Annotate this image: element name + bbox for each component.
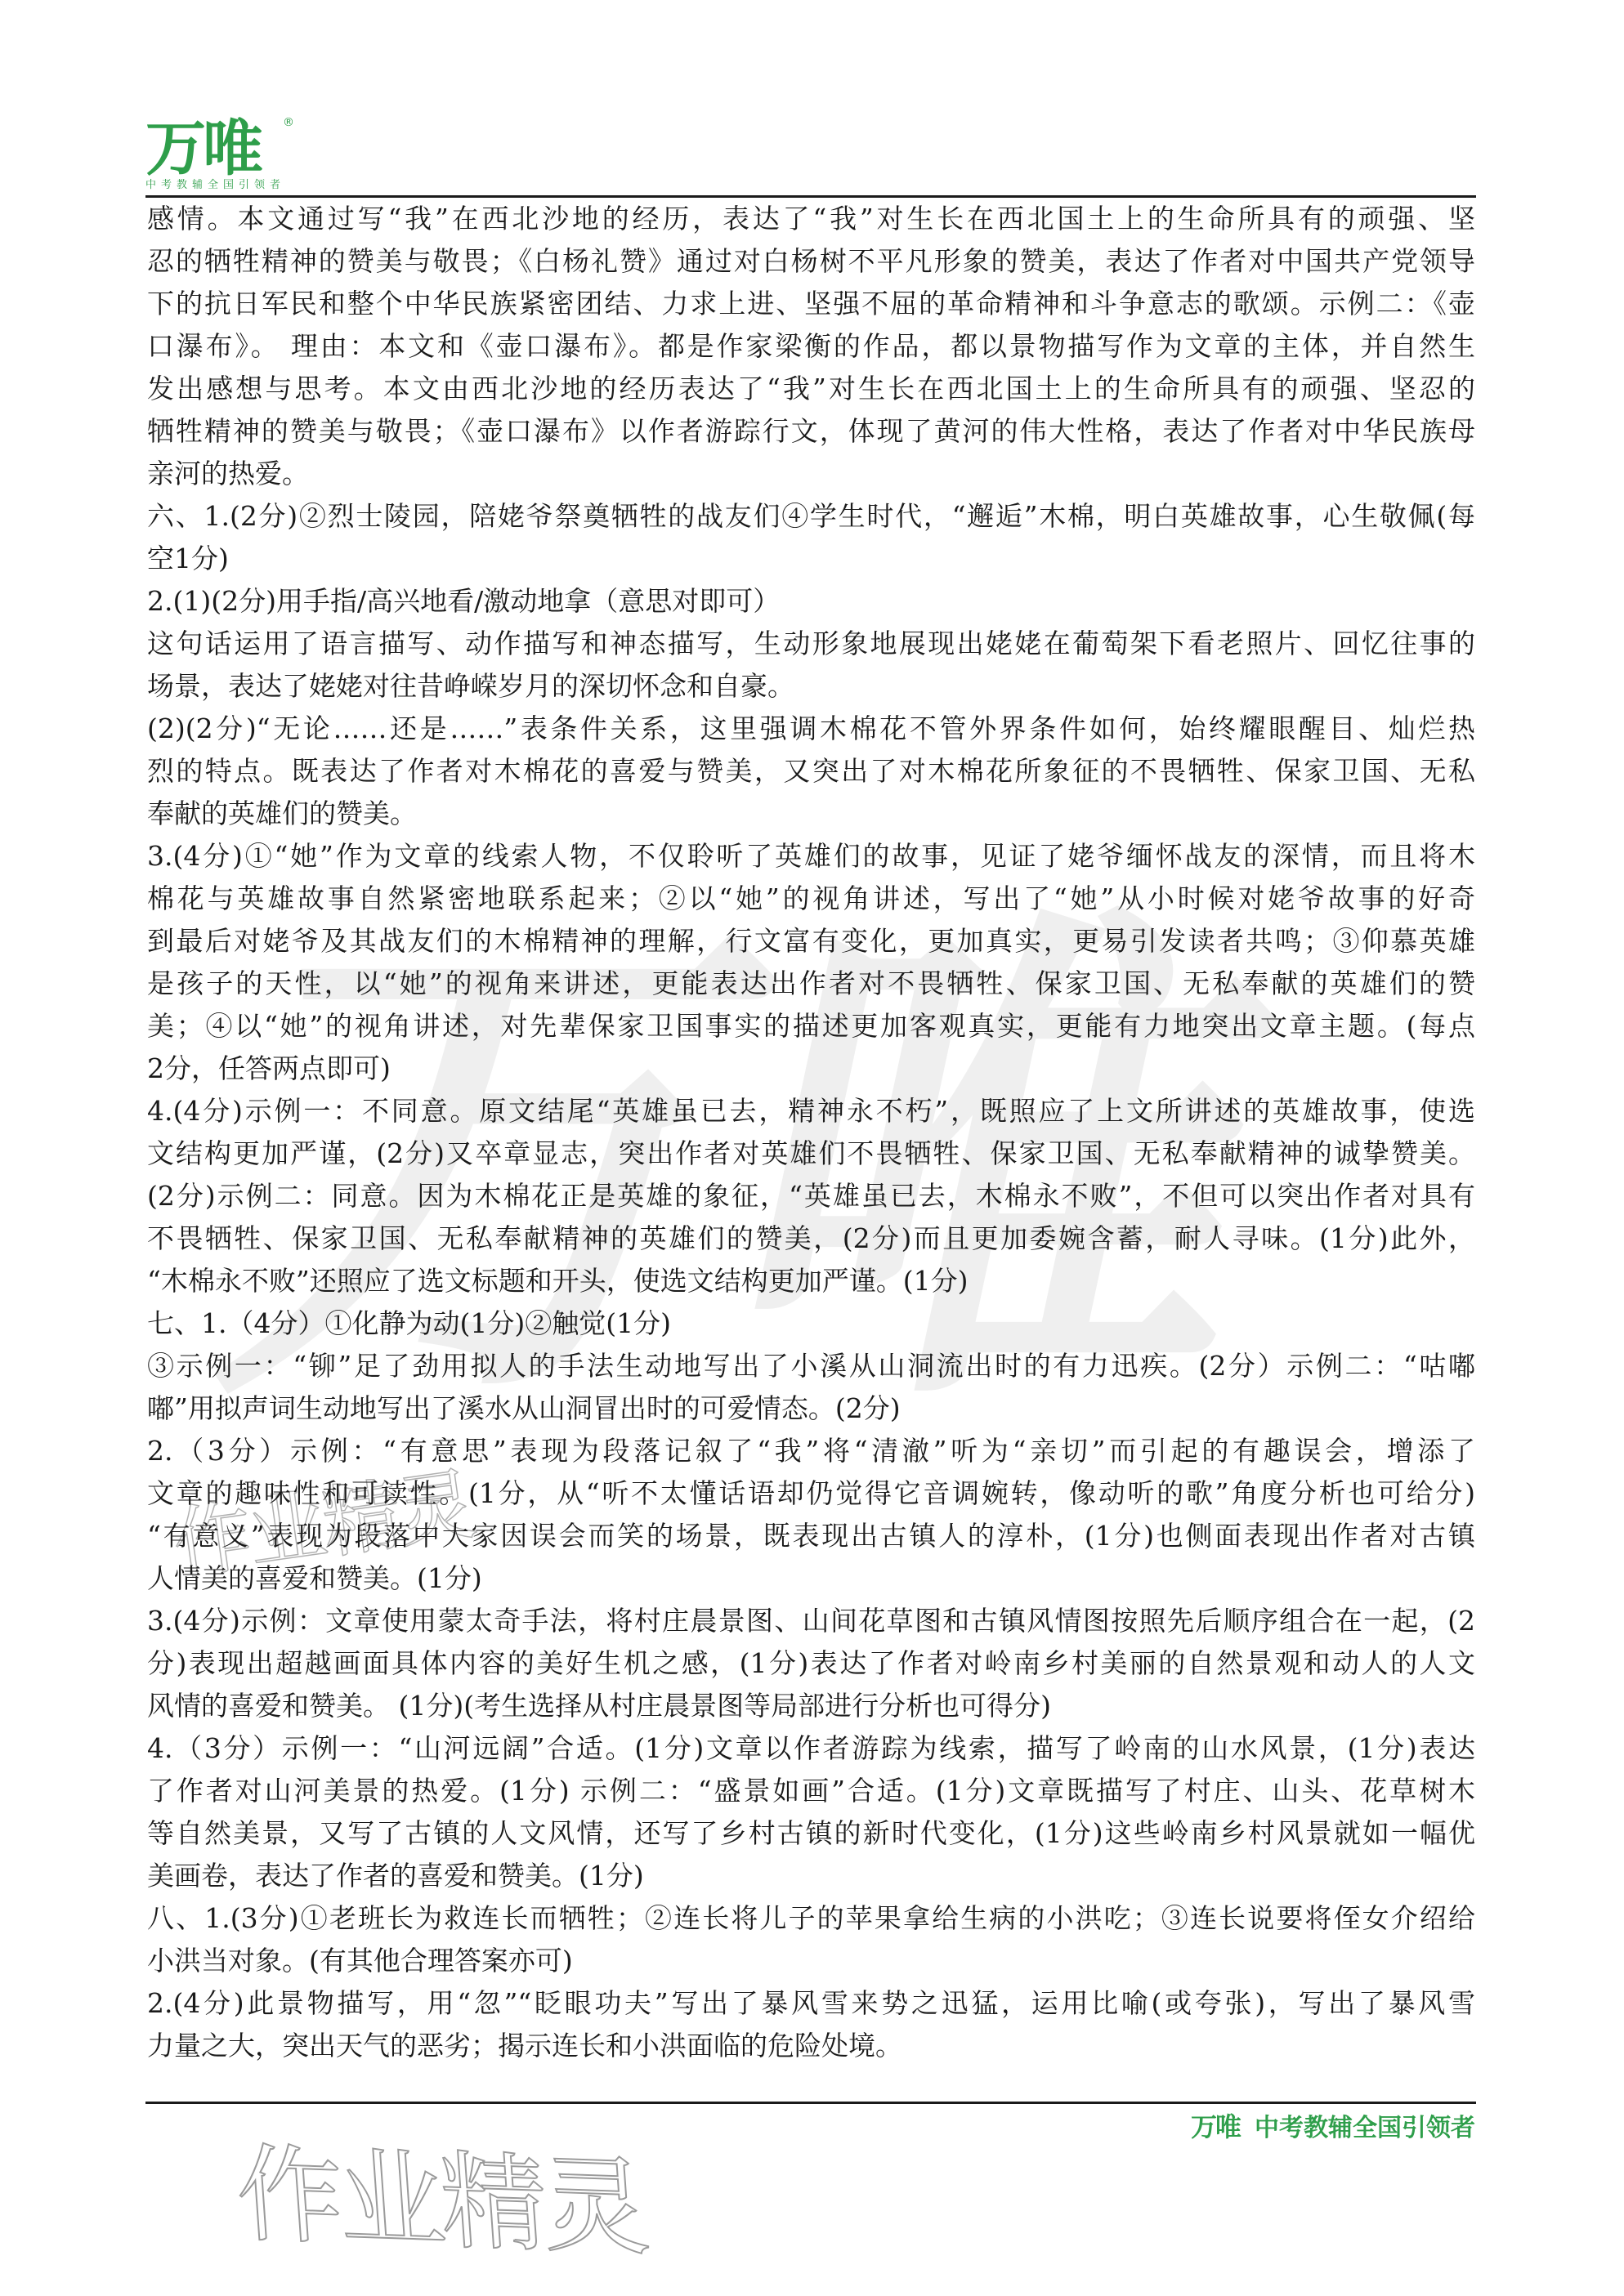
text-line: 空1分) xyxy=(147,538,1475,580)
footer-slogan: 中考教辅全国引领者 xyxy=(1255,2107,1475,2143)
text-line: 等自然美景，又写了古镇的人文风情，还写了乡村古镇的新时代变化，(1分)这些岭南乡… xyxy=(147,1812,1475,1855)
registered-mark: ® xyxy=(283,116,294,129)
text-line: 人情美的喜爱和赞美。(1分) xyxy=(147,1557,1475,1600)
text-line: 七、1.（4分）①化静为动(1分)②触觉(1分) xyxy=(147,1302,1475,1345)
text-line: 小洪当对象。(有其他合理答案亦可) xyxy=(147,1940,1475,1982)
text-line: 2.（3分）示例：“有意思”表现为段落记叙了“我”将“清澈”听为“亲切”而引起的… xyxy=(147,1430,1475,1472)
text-line: ③示例一：“铆”足了劲用拟人的手法生动地写出了小溪从山洞流出时的有力迅疾。(2分… xyxy=(147,1345,1475,1387)
footer-logo-mark: 万唯 xyxy=(1191,2106,1240,2144)
text-line: 下的抗日军民和整个中华民族紧密团结、力求上进、坚强不屈的革命精神和斗争意志的歌颂… xyxy=(147,283,1475,325)
text-line: 4.（3分）示例一：“山河远阔”合适。(1分)文章以作者游踪为线索，描写了岭南的… xyxy=(147,1727,1475,1770)
text-line: 烈的特点。既表达了作者对木棉花的喜爱与赞美，又突出了对木棉花所象征的不畏牺牲、保… xyxy=(147,750,1475,793)
text-line: 发出感想与思考。本文由西北沙地的经历表达了“我”对生长在西北国土上的生命所具有的… xyxy=(147,368,1475,410)
text-line: 美；④以“她”的视角讲述，对先辈保家卫国事实的描述更加客观真实，更能有力地突出文… xyxy=(147,1005,1475,1047)
text-line: 六、1.(2分)②烈士陵园，陪姥爷祭奠牺牲的战友们④学生时代，“邂逅”木棉，明白… xyxy=(147,495,1475,538)
text-line: 分)表现出超越画面具体内容的美好生机之感，(1分)表达了作者对岭南乡村美丽的自然… xyxy=(147,1642,1475,1685)
text-line: 2.(1)(2分)用手指/高兴地看/激动地拿（意思对即可） xyxy=(147,580,1475,623)
footer-divider xyxy=(145,2102,1476,2104)
text-line: 忍的牺牲精神的赞美与敬畏；《白杨礼赞》通过对白杨树不平凡形象的赞美，表达了作者对… xyxy=(147,240,1475,283)
text-line: 文章的趣味性和可读性。(1分，从“听不太懂话语却仍觉得它音调婉转，像动听的歌”角… xyxy=(147,1472,1475,1515)
text-line: 奉献的英雄们的赞美。 xyxy=(147,793,1475,835)
text-line: 2分，任答两点即可) xyxy=(147,1047,1475,1090)
text-line: 2.(4分)此景物描写，用“忽”“眨眼功夫”写出了暴风雪来势之迅猛，运用比喻(或… xyxy=(147,1982,1475,2025)
footer-brand: 万唯 中考教辅全国引领者 xyxy=(1191,2106,1475,2144)
text-line: (2分)示例二：同意。因为木棉花正是英雄的象征，“英雄虽已去，木棉永不败”，不但… xyxy=(147,1175,1475,1217)
text-line: (2)(2分)“无论……还是……”表条件关系，这里强调木棉花不管外界条件如何，始… xyxy=(147,708,1475,750)
text-line: 牺牲精神的赞美与敬畏；《壶口瀑布》以作者游踪行文，体现了黄河的伟大性格，表达了作… xyxy=(147,410,1475,453)
text-line: 力量之大，突出天气的恶劣；揭示连长和小洪面临的危险处境。 xyxy=(147,2025,1475,2067)
text-line: 文结构更加严谨，(2分)又卒章显志，突出作者对英雄们不畏牺牲、保家卫国、无私奉献… xyxy=(147,1132,1475,1175)
text-line: 3.(4分)①“她”作为文章的线索人物，不仅聆听了英雄们的故事，见证了姥爷缅怀战… xyxy=(147,835,1475,878)
text-line: 场景，表达了姥姥对往昔峥嵘岁月的深切怀念和自豪。 xyxy=(147,665,1475,708)
text-line: 美画卷，表达了作者的喜爱和赞美。(1分) xyxy=(147,1855,1475,1897)
text-line: 这句话运用了语言描写、动作描写和神态描写，生动形象地展现出姥姥在葡萄架下看老照片… xyxy=(147,623,1475,665)
text-line: 是孩子的天性，以“她”的视角来讲述，更能表达出作者对不畏牺牲、保家卫国、无私奉献… xyxy=(147,963,1475,1005)
text-line: “木棉永不败”还照应了选文标题和开头，使选文结构更加严谨。(1分) xyxy=(147,1260,1475,1302)
text-line: 嘟”用拟声词生动地写出了溪水从山洞冒出时的可爱情态。(2分) xyxy=(147,1387,1475,1430)
text-line: 了作者对山河美景的热爱。(1分) 示例二：“盛景如画”合适。(1分)文章既描写了… xyxy=(147,1770,1475,1812)
brand-logo-mark: 万唯 xyxy=(145,116,285,181)
text-line: 3.(4分)示例：文章使用蒙太奇手法，将村庄晨景图、山间花草图和古镇风情图按照先… xyxy=(147,1600,1475,1642)
text-line: 棉花与英雄故事自然紧密地联系起来；②以“她”的视角讲述，写出了“她”从小时候对姥… xyxy=(147,878,1475,920)
text-line: 亲河的热爱。 xyxy=(147,453,1475,495)
text-line: “有意义”表现为段落中大家因误会而笑的场景，既表现出古镇人的淳朴，(1分)也侧面… xyxy=(147,1515,1475,1557)
text-line: 八、1.(3分)①老班长为救连长而牺牲；②连长将儿子的苹果拿给生病的小洪吃；③连… xyxy=(147,1897,1475,1940)
answer-key-body: 感情。本文通过写“我”在西北沙地的经历，表达了“我”对生长在西北国土上的生命所具… xyxy=(147,198,1475,2067)
brand-tagline: 中考教辅全国引领者 xyxy=(145,180,285,191)
text-line: 口瀑布》。 理由：本文和《壶口瀑布》。都是作家梁衡的作品，都以景物描写作为文章的… xyxy=(147,325,1475,368)
text-line: 到最后对姥爷及其战友们的木棉精神的理解，行文富有变化，更加真实，更易引发读者共鸣… xyxy=(147,920,1475,963)
header-divider xyxy=(145,195,1476,198)
header-logo: 万唯 ® 中考教辅全国引领者 xyxy=(145,116,285,191)
text-line: 不畏牺牲、保家卫国、无私奉献精神的英雄们的赞美，(2分)而且更加委婉含蓄，耐人寻… xyxy=(147,1217,1475,1260)
text-line: 风情的喜爱和赞美。 (1分)(考生选择从村庄晨景图等局部进行分析也可得分) xyxy=(147,1685,1475,1727)
text-line: 4.(4分)示例一：不同意。原文结尾“英雄虽已去，精神永不朽”，既照应了上文所讲… xyxy=(147,1090,1475,1132)
text-line: 感情。本文通过写“我”在西北沙地的经历，表达了“我”对生长在西北国土上的生命所具… xyxy=(147,198,1475,240)
stamp-watermark-bottom: 作业精灵 xyxy=(230,2110,648,2276)
